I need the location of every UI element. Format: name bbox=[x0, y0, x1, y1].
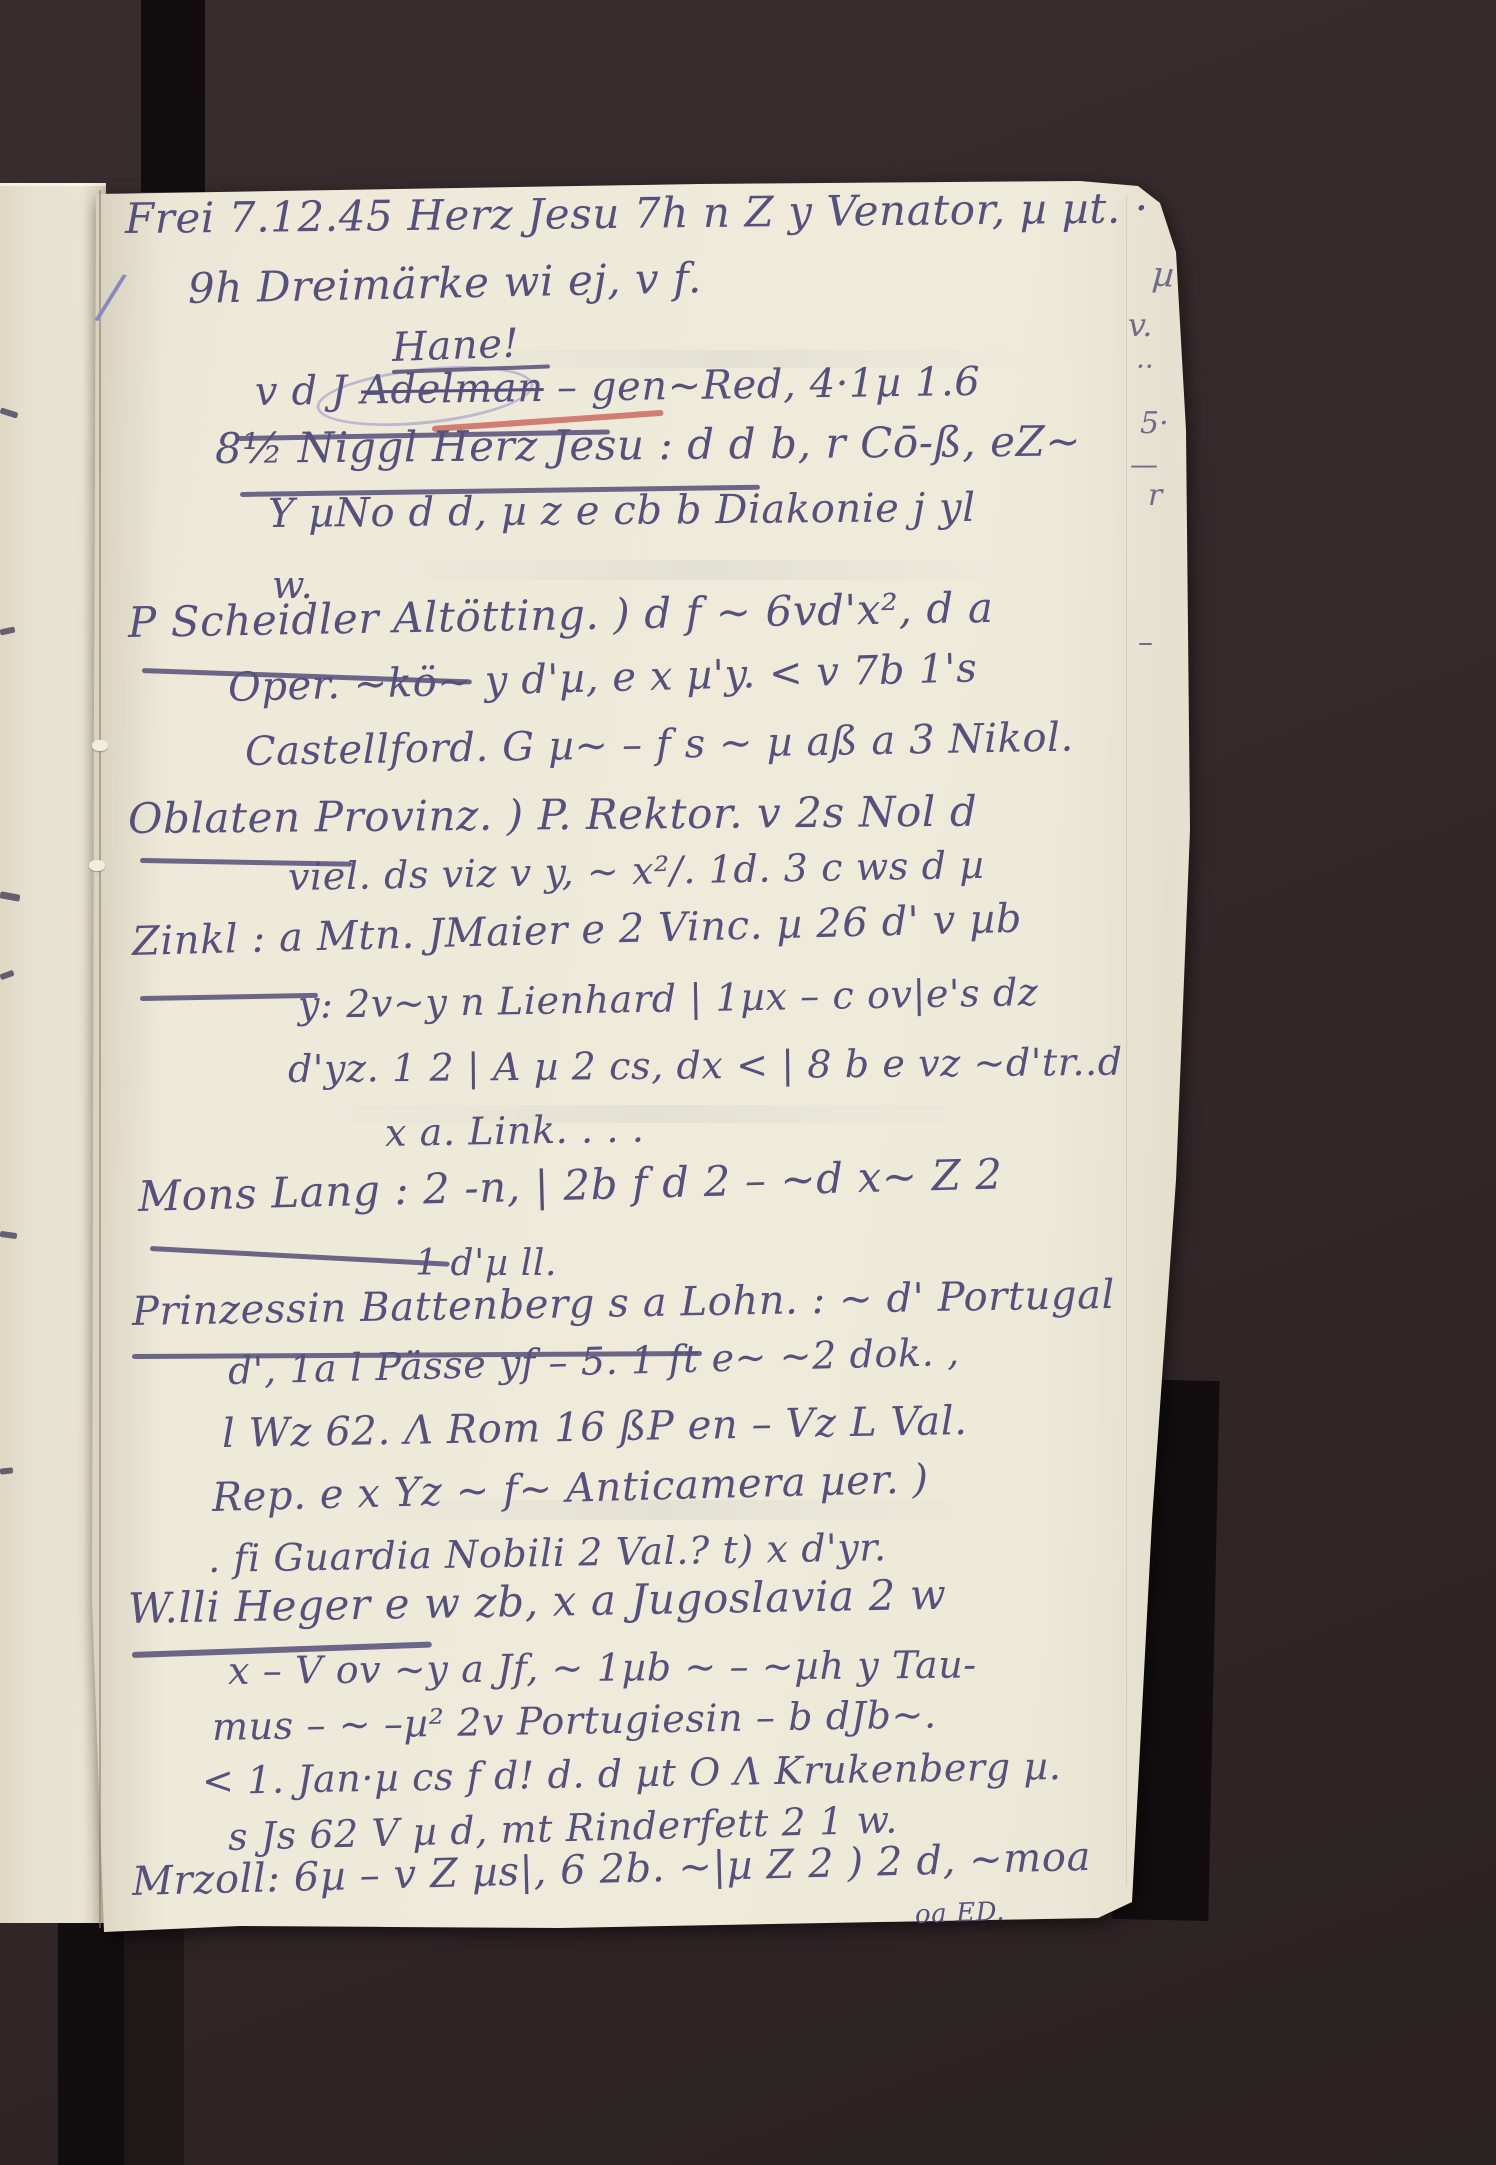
line-frei-date: Frei 7.12.45 Herz Jesu 7h n Z y Venator,… bbox=[125, 187, 1149, 240]
margin-mark: – bbox=[1138, 625, 1153, 660]
stitch-hole bbox=[89, 860, 105, 871]
line-niggl: 8½ Niggl Herz Jesu : d d b, r Cō-ß, eZ~ bbox=[215, 420, 1082, 470]
margin-mark: µ bbox=[1151, 254, 1176, 295]
line-apr: d'yz. 1 2 | A µ 2 cs, dx < | 8 b e vz ~d… bbox=[288, 1043, 1123, 1088]
ink-bleed-smudge bbox=[380, 560, 1030, 580]
line-sub-note: 1 d'µ ll. bbox=[415, 1246, 557, 1282]
gutter-crease bbox=[99, 190, 101, 1928]
stitch-hole bbox=[92, 740, 108, 751]
margin-mark: — bbox=[1130, 448, 1158, 481]
line-end-note: oa ED. bbox=[915, 1899, 1006, 1928]
line-heger-cont: x – V ov ~y a Jf, ~ 1µb ~ – ~µh y Tau- bbox=[228, 1645, 977, 1690]
adelman-struck-name: Adelman bbox=[361, 365, 544, 414]
line-dreimaerke: 9h Dreimärke wi ej, v f. bbox=[188, 257, 703, 310]
margin-mark: 5· bbox=[1140, 406, 1169, 441]
adelman-prefix: v d J bbox=[255, 368, 362, 415]
margin-mark: ·· bbox=[1136, 350, 1154, 383]
line-oblaten: Oblaten Provinz. ) P. Rektor. v 2s Nol d bbox=[128, 791, 978, 840]
adelman-rest: – gen~Red, 4·1µ 1.6 bbox=[543, 359, 980, 411]
line-link: x a. Link. . . . bbox=[385, 1109, 645, 1152]
margin-mark: r bbox=[1148, 478, 1162, 513]
inserted-name-hane: Hane! bbox=[391, 324, 520, 368]
right-margin-crease bbox=[1126, 196, 1127, 1886]
line-viel: viel. ds viz v y, ~ x²/. 1d. 3 c ws d µ bbox=[288, 846, 985, 896]
line-adelman: v d J Adelman – gen~Red, 4·1µ 1.6 bbox=[255, 362, 981, 412]
line-guardia: . fi Guardia Nobili 2 Val.? t) x d'yr. bbox=[208, 1528, 887, 1578]
line-diakonie: Y µNo d d, µ z e cb b Diakonie j yl bbox=[268, 488, 976, 534]
photo-of-open-notebook: Frei 7.12.45 Herz Jesu 7h n Z y Venator,… bbox=[0, 0, 1496, 2165]
margin-mark: v. bbox=[1128, 306, 1152, 344]
